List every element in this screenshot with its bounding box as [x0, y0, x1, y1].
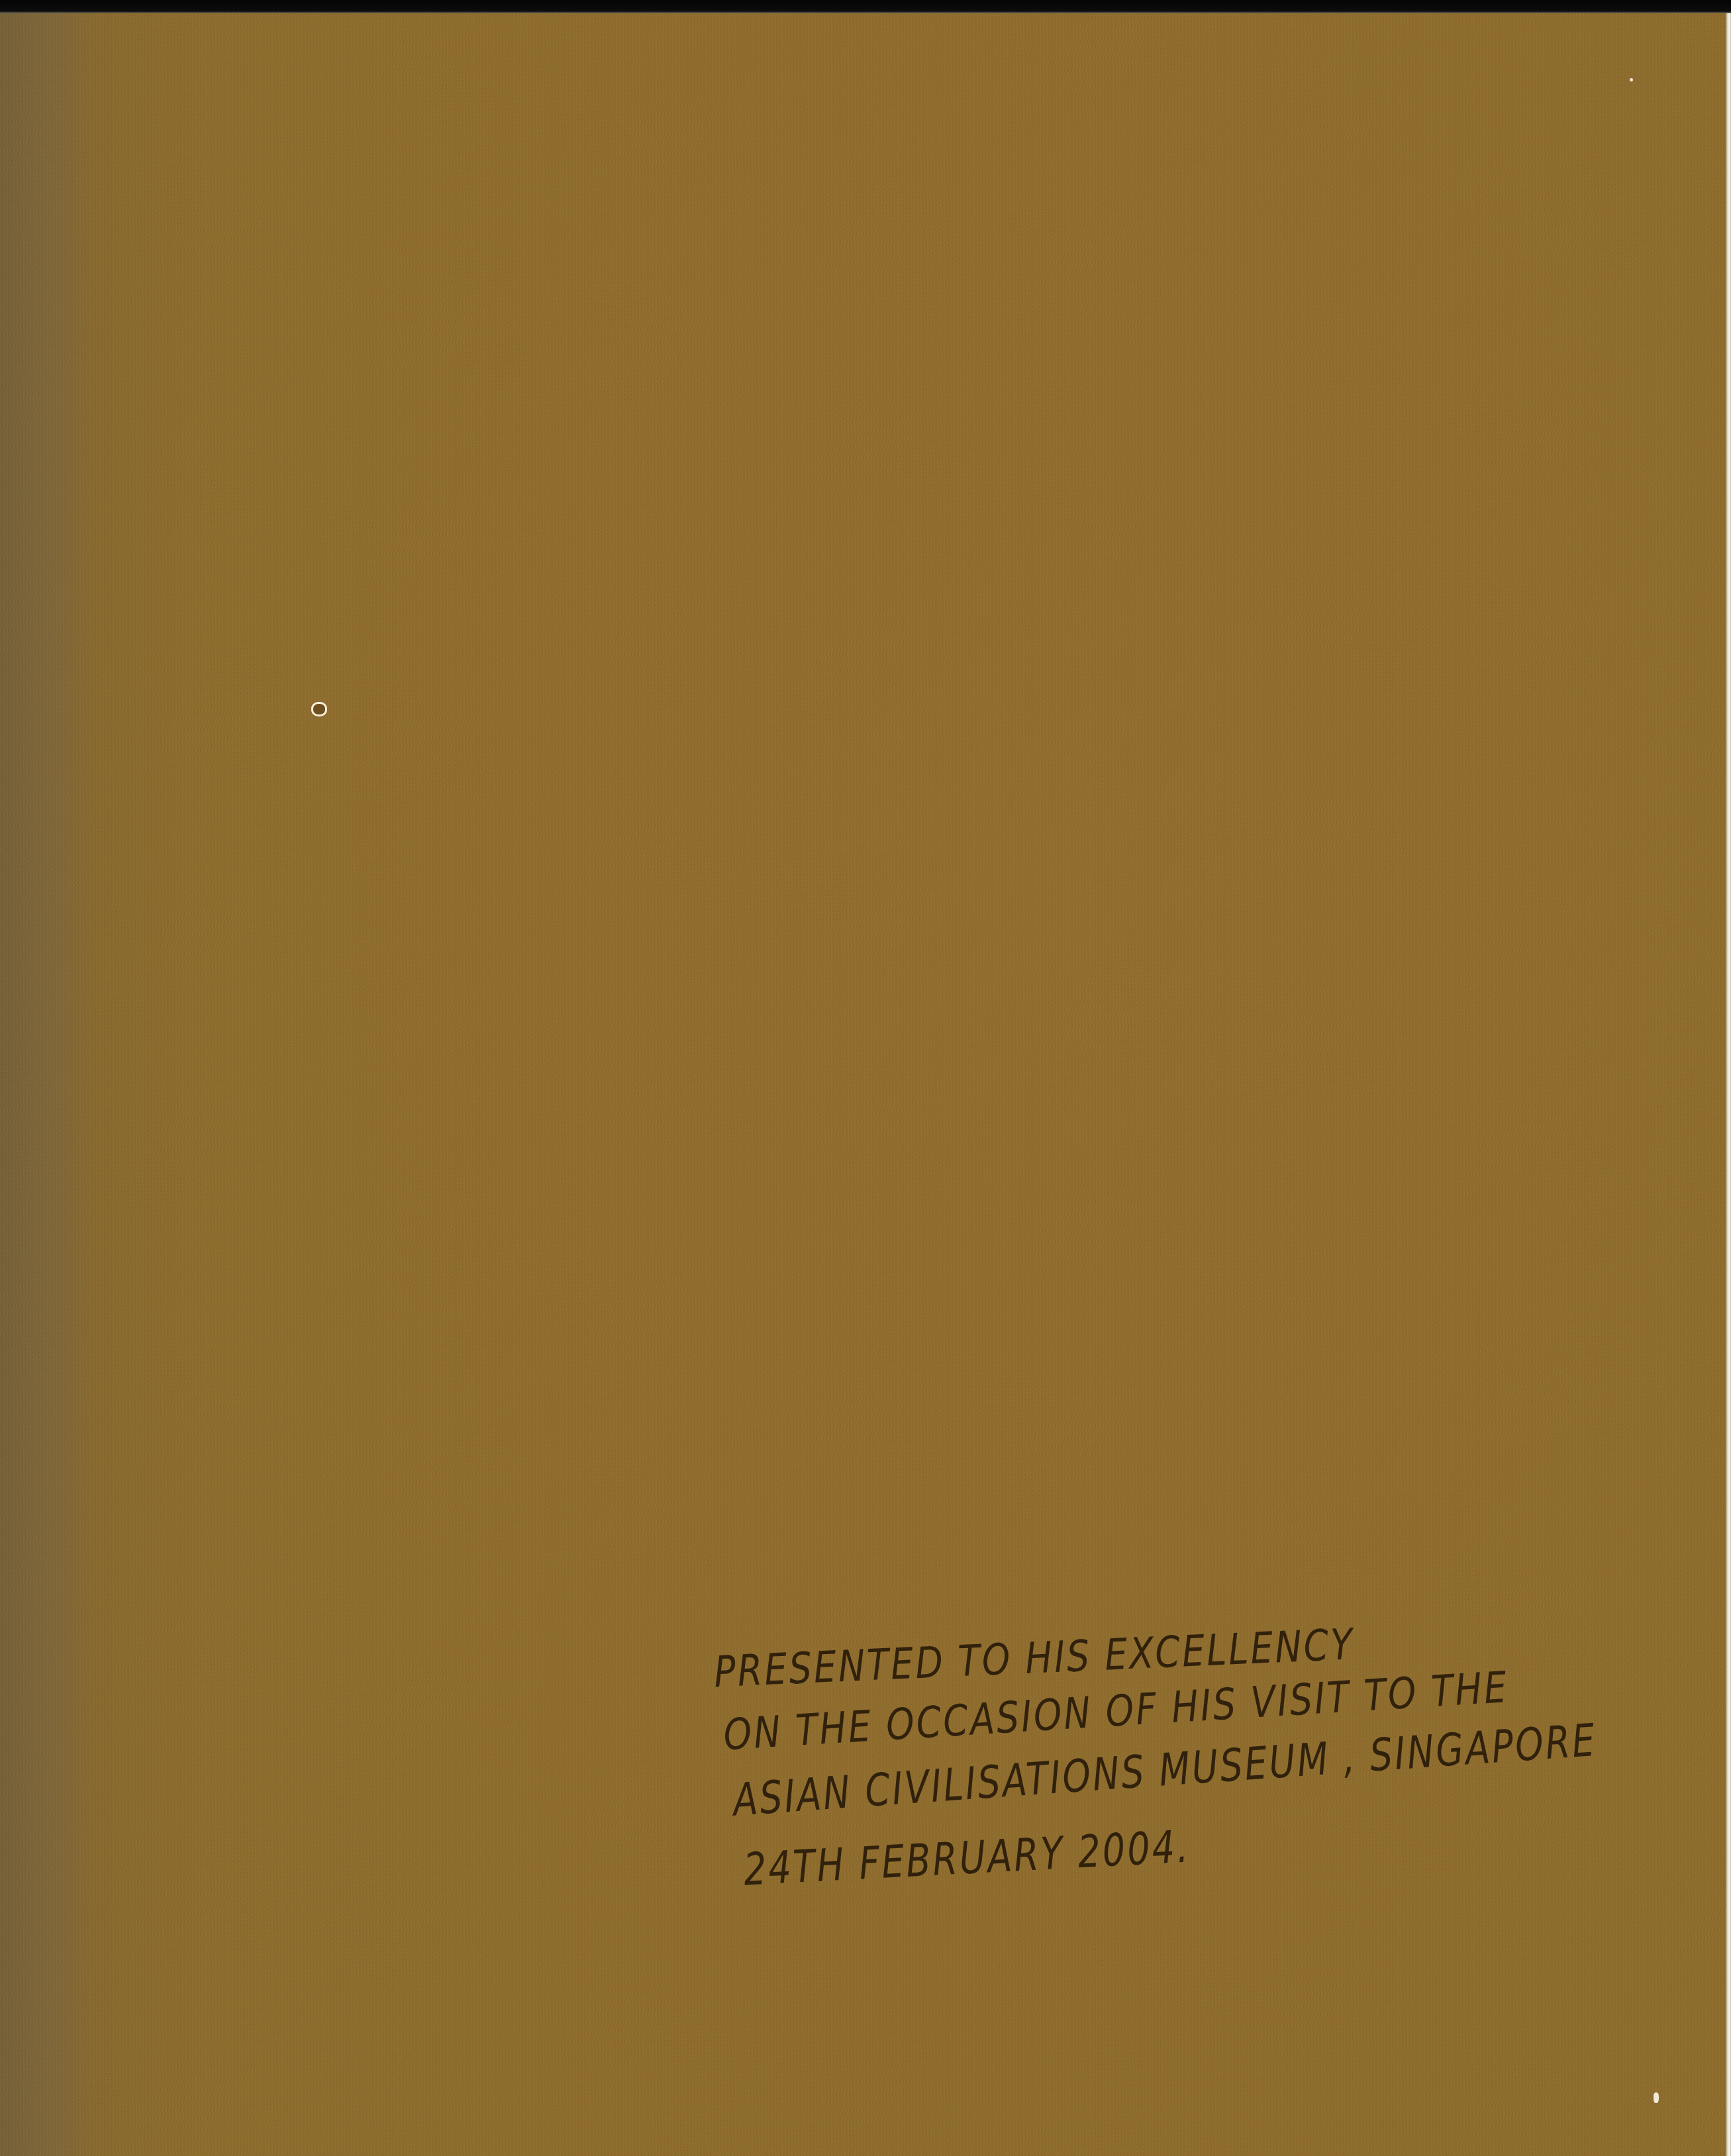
endpaper: [0, 13, 1726, 2156]
binding-gutter: [0, 13, 93, 2156]
paper-speck: [1630, 78, 1633, 81]
paper-blemish-mark: [311, 702, 327, 716]
scanned-page: Presented to his Excellency on the occas…: [0, 0, 1731, 2156]
paper-texture: [0, 13, 1726, 2156]
paper-speck: [1654, 2092, 1659, 2103]
page-right-edge: [1726, 13, 1731, 2156]
scan-top-border: [0, 0, 1731, 13]
